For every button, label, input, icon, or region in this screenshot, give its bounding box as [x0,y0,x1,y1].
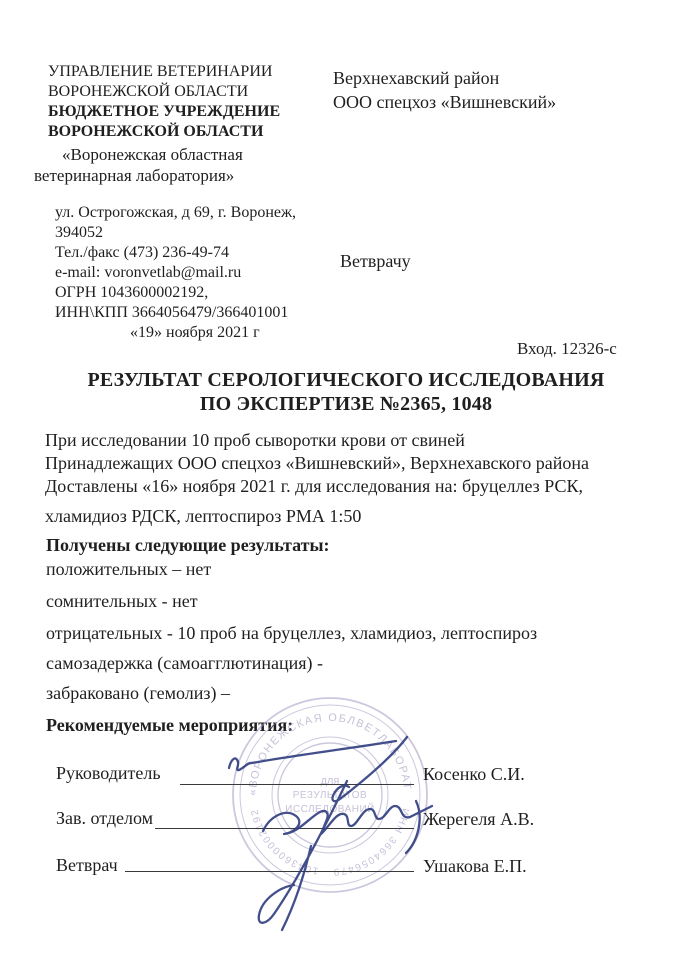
title-line2: ПО ЭКСПЕРТИЗЕ №2365, 1048 [0,393,692,416]
signature-name-vet: Ушакова Е.П. [423,856,527,877]
org-dept-line2: ВОРОНЕЖСКОЙ ОБЛАСТИ [48,82,248,102]
body-line1: При исследовании 10 проб сыворотки крови… [45,430,465,451]
org-dept-line1: УПРАВЛЕНИЕ ВЕТЕРИНАРИИ [48,62,272,82]
results-heading: Получены следующие результаты: [46,535,330,556]
signature-line [180,784,414,785]
stamp-inner-ring2 [278,743,382,847]
org-lab-line1: «Воронежская областная [62,144,243,165]
signature-role-vet: Ветврач [56,855,118,876]
incoming-number: Вход. 12326-с [517,339,617,359]
stamp-center-line2: РЕЗУЛЬТАТОВ [293,790,367,801]
stamp-inner-ring [272,737,388,853]
signature-role-dept-head: Зав. отделом [56,808,153,829]
result-item-rejected: забраковано (гемолиз) – [46,683,230,704]
stamp-center-line1: для [321,775,340,787]
stamp-ring-text: БУВО «ВОРОНЕЖСКАЯ ОБЛВЕТЛАБОРАТОРИЯ» [220,685,413,796]
org-budget-line1: БЮДЖЕТНОЕ УЧРЕЖДЕНИЕ [48,102,280,122]
contact-ogrn: ОГРН 1043600002192, [55,283,208,303]
contact-address1: ул. Острогожская, д 69, г. Воронеж, [55,203,296,223]
contact-inn-kpp: ИНН\КПП 3664056479/366401001 [55,303,288,323]
ink-signature-director [229,737,407,801]
result-item-negative: отрицательных - 10 проб на бруцеллез, хл… [46,623,537,644]
ink-signature-dept-head [263,801,432,853]
recommendations-heading: Рекомендуемые мероприятия: [46,715,293,736]
recipient-org: ООО спецхоз «Вишневский» [333,90,556,114]
signature-name-director: Косенко С.И. [423,764,525,785]
recipient-district: Верхнехавский район [333,66,499,90]
body-line4: хламидиоз РДСК, лептоспироз РМА 1:50 [45,506,361,527]
org-lab-line2: ветеринарная лаборатория» [34,165,234,186]
body-line3: Доставлены «16» ноября 2021 г. для иссле… [45,476,583,497]
signature-name-dept-head: Жерегеля А.В. [423,809,534,830]
signature-role-director: Руководитель [56,763,161,784]
result-item-positive: положительных – нет [46,559,211,580]
title-line1: РЕЗУЛЬТАТ СЕРОЛОГИЧЕСКОГО ИССЛЕДОВАНИЯ [0,369,692,392]
result-item-doubtful: сомнительных - нет [46,591,198,612]
addressee: Ветврачу [340,251,411,272]
body-line2: Принадлежащих ООО спецхоз «Вишневский», … [45,453,589,474]
result-item-selfdelay: самозадержка (самоагглютинация) - [46,653,323,674]
svg-text:БУВО «ВОРОНЕЖСКАЯ ОБЛВЕТЛАБОРА: БУВО «ВОРОНЕЖСКАЯ ОБЛВЕТЛАБОРАТОРИЯ» [220,685,413,796]
document-date: «19» ноября 2021 г [130,323,260,343]
contact-phone: Тел./факс (473) 236-49-74 [55,243,229,263]
document-page: УПРАВЛЕНИЕ ВЕТЕРИНАРИИ ВОРОНЕЖСКОЙ ОБЛАС… [0,0,692,968]
org-budget-line2: ВОРОНЕЖСКОЙ ОБЛАСТИ [48,122,263,142]
stamp-center-line3: ИССЛЕДОВАНИЙ [285,802,375,815]
ink-signature-vet [259,781,347,930]
stamp-ring-numbers: ИНН 3664056479 · 1043600002192 [249,807,411,877]
signature-line [155,828,414,829]
contact-address2: 394052 [55,223,103,243]
contact-email: e-mail: voronvetlab@mail.ru [55,263,241,283]
svg-text:ИНН 3664056479 · 1043600002192: ИНН 3664056479 · 1043600002192 [249,807,411,877]
signature-line [125,871,414,872]
